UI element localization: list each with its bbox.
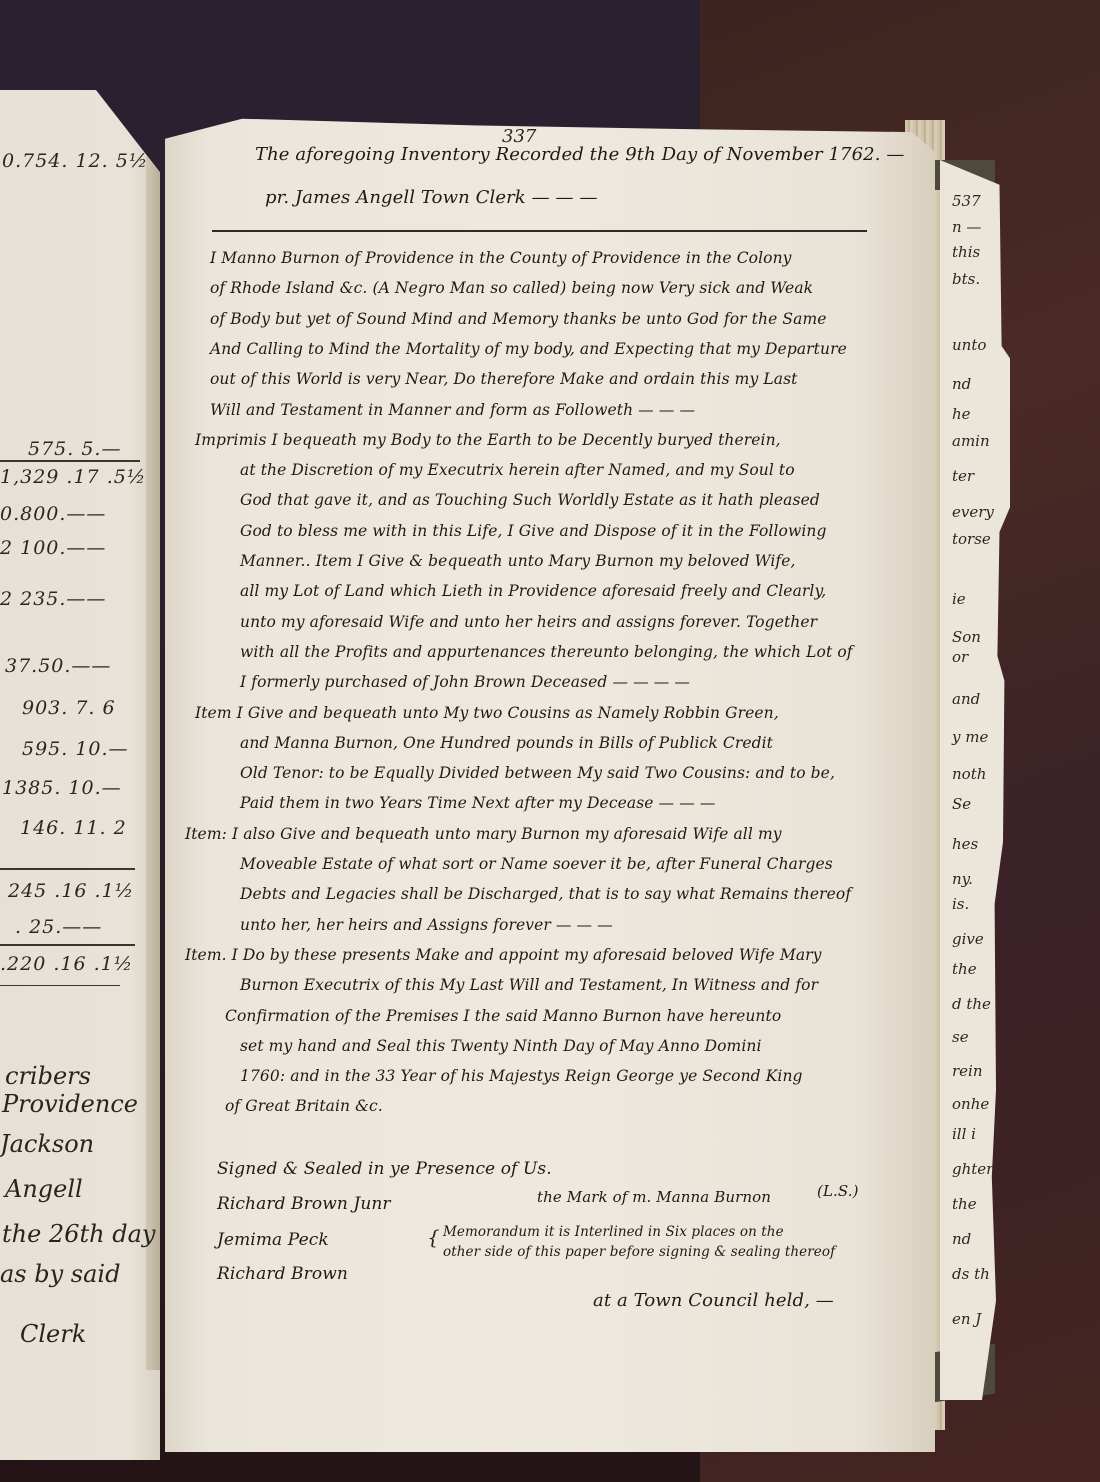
will-line: God to bless me with in this Life, I Giv…: [240, 522, 827, 540]
will-line: Old Tenor: to be Equally Divided between…: [240, 764, 835, 782]
will-line: Item: I also Give and bequeath unto mary…: [185, 825, 782, 843]
left-script-line: Clerk: [20, 1320, 86, 1348]
next-page-fragment-text: noth: [952, 765, 986, 783]
next-page-fragment-text: ie: [952, 590, 966, 608]
next-page-fragment-text: Se: [952, 795, 971, 813]
next-page-fragment-text: amin: [952, 432, 990, 450]
ledger-rule: [0, 985, 120, 986]
testator-mark: the Mark of m. Manna Burnon: [537, 1188, 771, 1206]
left-script-line: Jackson: [0, 1130, 94, 1158]
ledger-rule: [0, 944, 135, 946]
left-script-line: Providence: [2, 1090, 138, 1118]
will-line: unto my aforesaid Wife and unto her heir…: [240, 613, 817, 631]
will-line: set my hand and Seal this Twenty Ninth D…: [240, 1037, 762, 1055]
will-line: all my Lot of Land which Lieth in Provid…: [240, 582, 826, 600]
next-page-fragment-text: d the: [952, 995, 991, 1013]
main-manuscript-page: 337 The aforegoing Inventory Recorded th…: [165, 112, 935, 1452]
ledger-figure: 0.754. 12. 5½: [2, 150, 148, 172]
will-line: with all the Profits and appurtenances t…: [240, 643, 853, 661]
will-line: Item I Give and bequeath unto My two Cou…: [195, 704, 779, 722]
next-page-fragment-text: nd: [952, 375, 971, 393]
town-council-line: at a Town Council held, —: [593, 1290, 834, 1311]
will-line: of Rhode Island &c. (A Negro Man so call…: [210, 279, 813, 297]
ledger-figure: 903. 7. 6: [22, 697, 116, 719]
ledger-figure: . 25.——: [15, 916, 102, 938]
left-script-line: cribers: [5, 1062, 91, 1090]
will-line: Item. I Do by these presents Make and ap…: [185, 946, 822, 964]
will-line: 1760: and in the 33 Year of his Majestys…: [240, 1067, 803, 1085]
ledger-rule: [0, 460, 140, 462]
will-line: out of this World is very Near, Do there…: [210, 370, 797, 388]
will-line: and Manna Burnon, One Hundred pounds in …: [240, 734, 773, 752]
next-page-fragment-text: every: [952, 503, 994, 521]
next-page-fragment-text: y me: [952, 728, 988, 746]
will-line: I Manno Burnon of Providence in the Coun…: [210, 249, 792, 267]
next-page-fragment-text: or: [952, 648, 968, 666]
will-line: Manner.. Item I Give & bequeath unto Mar…: [240, 552, 796, 570]
ledger-figure: 245 .16 .1½: [8, 880, 134, 902]
ledger-figure: 2 100.——: [0, 537, 106, 559]
left-facing-page: [0, 90, 160, 1460]
next-page-fragment-text: onhe: [952, 1095, 989, 1113]
will-line: Moveable Estate of what sort or Name soe…: [240, 855, 833, 873]
ledger-figure: 37.50.——: [5, 655, 111, 677]
left-script-line: as by said: [0, 1260, 120, 1288]
header-line-clerk: pr. James Angell Town Clerk — — —: [265, 187, 598, 208]
memorandum-brace: {: [427, 1225, 440, 1249]
will-line: Confirmation of the Premises I the said …: [225, 1007, 781, 1025]
ledger-rule: [0, 868, 135, 870]
next-page-fragment-text: torse: [952, 530, 991, 548]
next-page-fragment-text: and: [952, 690, 980, 708]
will-line: And Calling to Mind the Mortality of my …: [210, 340, 847, 358]
ledger-figure: 0.800.——: [0, 503, 106, 525]
will-line: Imprimis I bequeath my Body to the Earth…: [195, 431, 781, 449]
next-page-fragment-text: bts.: [952, 270, 980, 288]
next-page-fragment-text: this: [952, 243, 980, 261]
ledger-figure: .220 .16 .1½: [0, 953, 133, 975]
next-page-fragment-text: ds th: [952, 1265, 990, 1283]
next-page-fragment-text: nd: [952, 1230, 971, 1248]
next-page-fragment-text: give: [952, 930, 984, 948]
ledger-figure: 575. 5.—: [28, 438, 121, 460]
left-script-line: the 26th day: [2, 1220, 155, 1248]
next-page-fragment-text: ill i: [952, 1125, 976, 1143]
next-page-fragment-text: ghter: [952, 1160, 993, 1178]
next-page-fragment-text: Son: [952, 628, 981, 646]
will-line: God that gave it, and as Touching Such W…: [240, 491, 820, 509]
next-page-fragment-text: the: [952, 1195, 977, 1213]
will-line: Burnon Executrix of this My Last Will an…: [240, 976, 818, 994]
header-divider-rule: [212, 230, 867, 232]
memorandum-line-2: other side of this paper before signing …: [443, 1244, 835, 1260]
next-page-fragment-text: en J: [952, 1310, 981, 1328]
next-page-fragment-text: n —: [952, 218, 981, 236]
next-page-fragment-text: is.: [952, 895, 969, 913]
next-page-fragment-text: se: [952, 1028, 969, 1046]
next-page-fragment-text: rein: [952, 1062, 983, 1080]
ledger-figure: 1385. 10.—: [2, 777, 122, 799]
signed-sealed-line: Signed & Sealed in ye Presence of Us.: [217, 1159, 552, 1179]
next-page-fragment-text: he: [952, 405, 971, 423]
memorandum-line-1: Memorandum it is Interlined in Six place…: [443, 1224, 784, 1240]
next-page-fragment-text: 537: [952, 192, 981, 210]
ledger-figure: 1,329 .17 .5½: [0, 466, 146, 488]
next-page-fragment-text: unto: [952, 336, 986, 354]
page-gutter: [146, 150, 160, 1370]
will-line: of Great Britain &c.: [225, 1097, 383, 1115]
next-page-fragment-text: ter: [952, 467, 974, 485]
will-line: at the Discretion of my Executrix herein…: [240, 461, 795, 479]
will-line: of Body but yet of Sound Mind and Memory…: [210, 310, 827, 328]
will-line: unto her, her heirs and Assigns forever …: [240, 916, 613, 934]
next-page-fragment-text: ny.: [952, 870, 973, 888]
ledger-figure: 2 235.——: [0, 588, 106, 610]
will-line: I formerly purchased of John Brown Decea…: [240, 673, 690, 691]
will-line: Will and Testament in Manner and form as…: [210, 401, 695, 419]
ledger-figure: 595. 10.—: [22, 738, 129, 760]
ledger-figure: 146. 11. 2: [20, 817, 127, 839]
next-page-fragment-text: hes: [952, 835, 978, 853]
witness-3: Richard Brown: [217, 1264, 348, 1284]
witness-2: Jemima Peck: [217, 1230, 329, 1250]
header-line-recorded: The aforegoing Inventory Recorded the 9t…: [255, 144, 904, 165]
next-page-fragment-text: the: [952, 960, 977, 978]
will-line: Debts and Legacies shall be Discharged, …: [240, 885, 851, 903]
seal-ls: (L.S.): [817, 1182, 859, 1200]
witness-1: Richard Brown Junr: [217, 1194, 391, 1214]
will-line: Paid them in two Years Time Next after m…: [240, 794, 715, 812]
left-script-line: Angell: [5, 1175, 83, 1203]
